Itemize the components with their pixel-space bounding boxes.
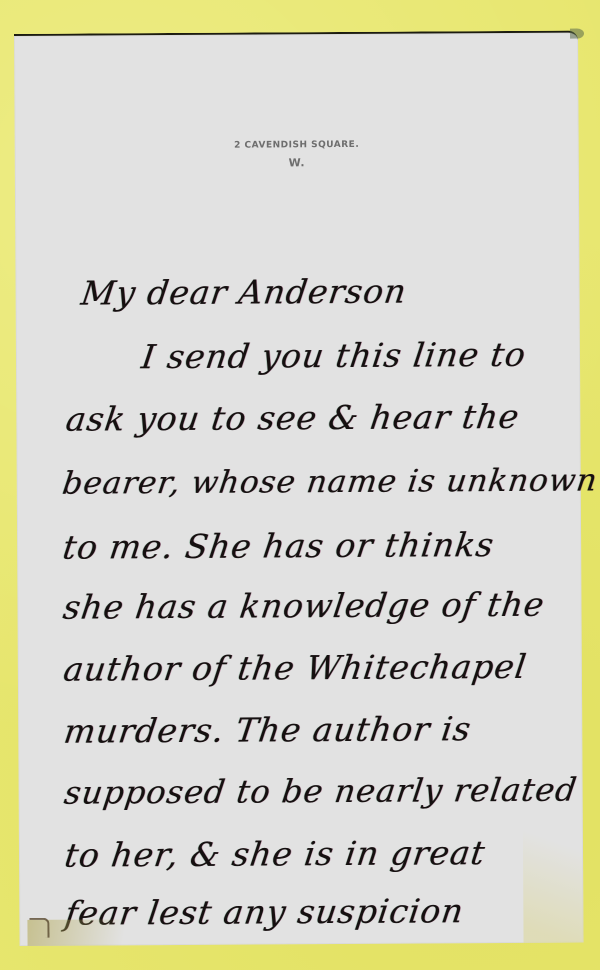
letter-line: to her, & she is in great bbox=[62, 833, 487, 875]
letter-line: author of the Whitechapel bbox=[61, 647, 529, 689]
letter-line: supposed to be nearly related bbox=[62, 771, 580, 812]
letter-line: ask you to see & hear the bbox=[64, 397, 522, 439]
paper-wear-bottom-right bbox=[523, 803, 584, 943]
letter-body: My dear Anderson I send you this line to… bbox=[14, 33, 584, 946]
letter-line: bearer, whose name is unknown bbox=[60, 462, 600, 501]
paper-fold-corner bbox=[29, 918, 49, 938]
letter-paper: 2 CAVENDISH SQUARE. W. My dear Anderson … bbox=[14, 31, 584, 946]
letter-line: to me. She has or thinks bbox=[61, 525, 497, 567]
letter-line: she has a knowledge of the bbox=[61, 585, 547, 627]
salutation: My dear Anderson bbox=[79, 272, 409, 313]
letter-line: I send you this line to bbox=[139, 335, 528, 376]
letter-line: murders. The author is bbox=[62, 709, 474, 751]
